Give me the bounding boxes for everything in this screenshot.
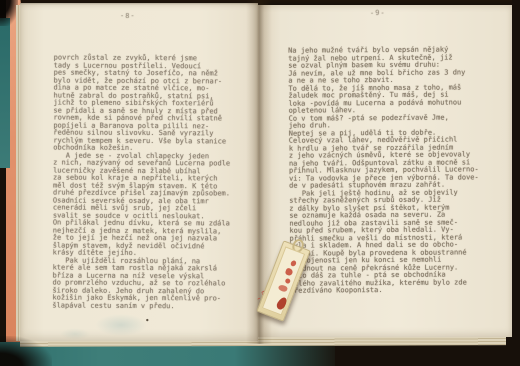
bookmark-floral-mark-icon: [285, 267, 294, 276]
paragraph: Pak ujížděli rozsáhlou plání, na které a…: [52, 257, 242, 310]
left-page: -8- povrch zůstal ze zvyků, které jsme t…: [20, 3, 258, 341]
section-separator-dot: •: [52, 316, 242, 326]
paragraph: A jede se - zvolal chlapecky jeden z nic…: [53, 152, 244, 258]
bookmark-teardrop-icon: [275, 296, 289, 311]
right-page-text: Na jeho mužné tváři bylo vepsán nějaký t…: [288, 46, 479, 295]
paragraph: povrch zůstal ze zvyků, které jsme tady …: [53, 55, 244, 153]
ink-stain: [95, 314, 147, 336]
page-number-left: -8-: [120, 12, 136, 20]
book-cover-left: [0, 18, 10, 168]
page-number-right: -9-: [370, 9, 386, 17]
bookmark-floral-mark-icon: [290, 260, 298, 268]
paragraph: Na jeho mužné tváři bylo vepsán nějaký t…: [288, 46, 479, 190]
bookmark-floral-mark-icon: [285, 278, 291, 284]
top-edge-shadow: [20, 0, 512, 5]
paragraph: Pak jeli ještě hodinu, až se objevily st…: [289, 189, 479, 295]
ink-stain: [60, 328, 90, 340]
shadow-corner-bottom-left: [0, 336, 52, 366]
bookmark-floral-mark-icon: [278, 284, 289, 293]
left-page-text: povrch zůstal ze zvyků, které jsme tady …: [52, 55, 243, 326]
photo-background: -8- povrch zůstal ze zvyků, které jsme t…: [0, 0, 520, 366]
